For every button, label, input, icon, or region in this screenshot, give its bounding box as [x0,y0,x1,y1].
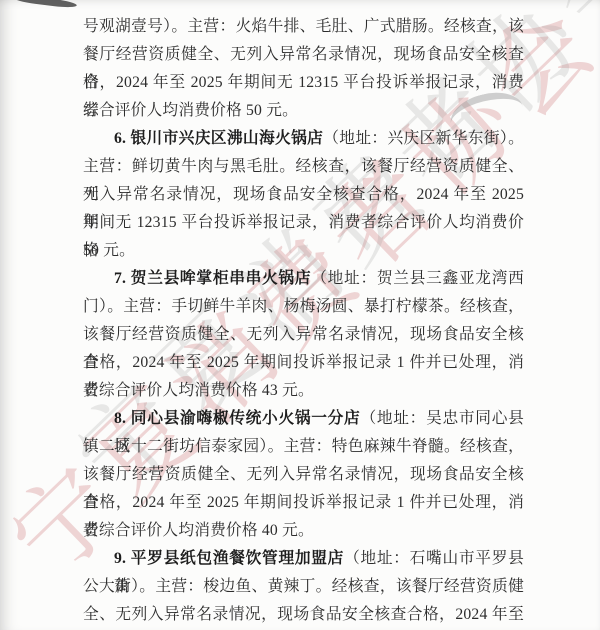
text-line: 者综合评价人均消费价格 43 元。 [83,377,524,405]
line-text: （地址：兴庆区新华东街）。 [323,130,524,147]
text-line: 列入异常名录情况，现场食品安全核查合格，2024 年至 2025 年 [83,181,524,209]
text-line: 主营：鲜切黄牛肉与黑毛肚。经核查，该餐厅经营资质健全、无 [83,153,524,181]
text-line: 合格，2024 年至 2025 年期间投诉举报记录 1 件并已处理，消费 [83,489,524,517]
text-line: 门）。主营：手切鲜牛羊肉、杨梅汤圆、暴打柠檬茶。经核查， [83,293,524,321]
text-line: 综合评价人均消费价格 50 元。 [83,97,524,125]
scan-corner-artifact [13,0,77,9]
line-text: 门）。主营：手切鲜牛羊肉、杨梅汤圆、暴打柠檬茶。经核查， [83,298,524,315]
store-name-bold: 6. 银川市兴庆区沸山海火锅店 [114,130,323,147]
store-name-bold: 9. 平罗县纸包渔餐饮管理加盟店 [114,550,344,567]
text-line-entry-6: 6. 银川市兴庆区沸山海火锅店（地址：兴庆区新华东街）。 [83,125,524,153]
line-text: 镇二区十二街坊信泰家园）。主营：特色麻辣牛脊髓。经核查， [83,438,524,455]
text-line: 格，2024 年至 2025 年期间无 12315 平台投诉举报记录，消费者 [83,69,524,97]
text-line: 公大街）。主营：梭边鱼、黄辣丁。经核查，该餐厅经营资质健 [83,573,524,601]
text-line: 镇二区十二街坊信泰家园）。主营：特色麻辣牛脊髓。经核查， [83,433,524,461]
line-text: （地址：贺兰县三鑫亚龙湾西 [311,270,524,287]
document-body: 号观湖壹号）。主营：火焰牛排、毛肚、广式腊肠。经核查，该 餐厅经营资质健全、无列… [83,13,524,629]
text-line: 该餐厅经营资质健全、无列入异常名录情况，现场食品安全核查 [83,461,524,489]
line-text: 公大街）。主营：梭边鱼、黄辣丁。经核查，该餐厅经营资质健 [83,578,524,595]
text-line: 该餐厅经营资质健全、无列入异常名录情况，现场食品安全核查 [83,321,524,349]
line-text: 者综合评价人均消费价格 40 元。 [83,522,314,539]
text-line: 全、无列入异常名录情况，现场食品安全核查合格，2024 年至 [83,601,524,629]
line-text: 号观湖壹号）。主营：火焰牛排、毛肚、广式腊肠。经核查，该 [83,18,524,35]
text-line: 者综合评价人均消费价格 40 元。 [83,517,524,545]
line-text: 全、无列入异常名录情况，现场食品安全核查合格，2024 年至 [83,606,524,623]
text-line: 期间无 12315 平台投诉举报记录，消费者综合评价人均消费价格 [83,209,524,237]
text-line: 50 元。 [83,237,524,265]
text-line: 合格，2024 年至 2025 年期间投诉举报记录 1 件并已处理，消费 [83,349,524,377]
line-text: 者综合评价人均消费价格 43 元。 [83,382,314,399]
line-text: 50 元。 [83,242,135,259]
store-name-bold: 7. 贺兰县哞掌柜串串火锅店 [114,270,311,287]
store-name-bold: 8. 同心县渝嗨椒传统小火锅一分店 [114,410,360,427]
text-line-entry-7: 7. 贺兰县哞掌柜串串火锅店（地址：贺兰县三鑫亚龙湾西 [83,265,524,293]
text-line-entry-9: 9. 平罗县纸包渔餐饮管理加盟店（地址：石嘴山市平罗县萧 [83,545,524,573]
document-page: 宁夏消费者协会 宁夏消费者协会 号观湖壹号）。主营：火焰牛排、毛肚、广式腊肠。经… [0,0,600,630]
text-line-entry-8: 8. 同心县渝嗨椒传统小火锅一分店（地址：吴忠市同心县城 [83,405,524,433]
text-line: 号观湖壹号）。主营：火焰牛排、毛肚、广式腊肠。经核查，该 [83,13,524,41]
text-line: 餐厅经营资质健全、无列入异常名录情况，现场食品安全核查合 [83,41,524,69]
line-text: 综合评价人均消费价格 50 元。 [83,102,298,119]
